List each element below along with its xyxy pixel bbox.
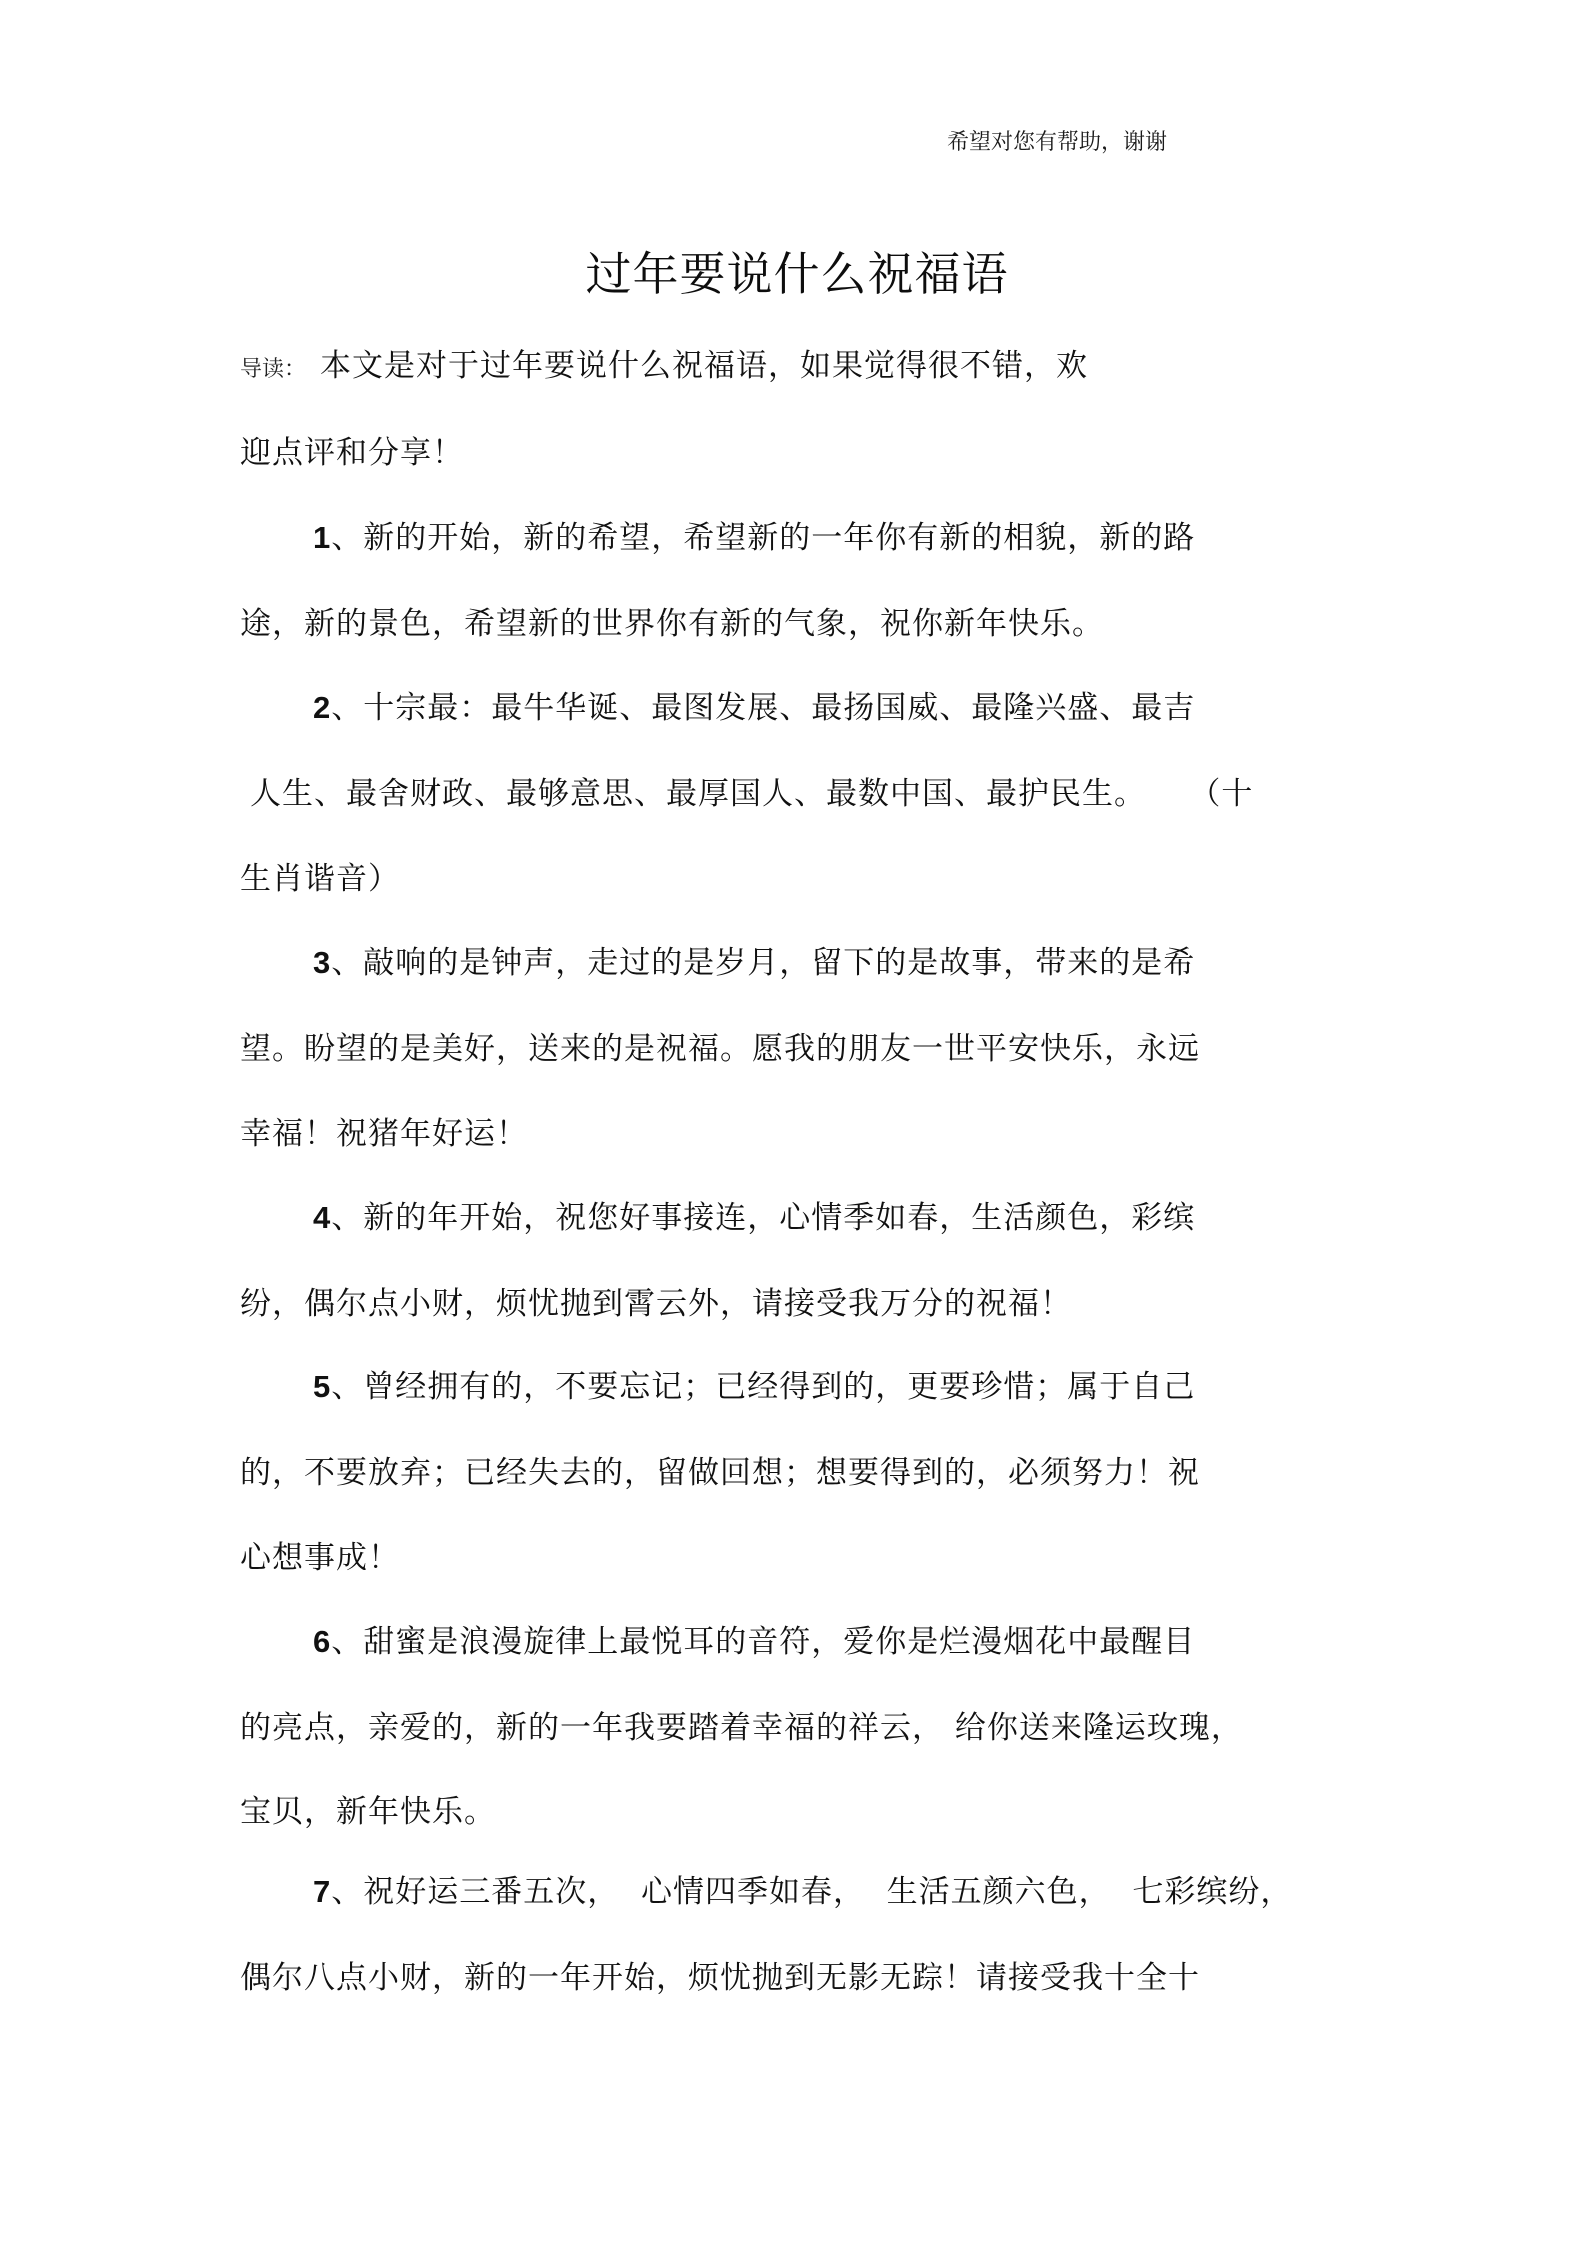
item-7-line-1: 7、祝好运三番五次， 心情四季如春， 生活五颜六色， 七彩缤纷， xyxy=(313,1870,1292,1914)
item-text: 、新的年开始，祝您好事接连，心情季如春，生活颜色，彩缤 xyxy=(331,1200,1195,1236)
item-text: 、甜蜜是浪漫旋律上最悦耳的音符，爱你是烂漫烟花中最醒目 xyxy=(331,1624,1195,1660)
intro-line-1: 导读：本文是对于过年要说什么祝福语，如果觉得很不错，欢 xyxy=(240,344,1088,392)
item-1-line-1: 1、新的开始，新的希望，希望新的一年你有新的相貌，新的路 xyxy=(313,516,1195,560)
item-number: 5 xyxy=(313,1369,331,1404)
item-number: 4 xyxy=(313,1200,331,1235)
item-4-line-2: 纷，偶尔点小财，烦忧抛到霄云外，请接受我万分的祝福！ xyxy=(240,1282,1072,1326)
item-number: 1 xyxy=(313,520,331,555)
item-2-line-2: 人生、最舍财政、最够意思、最厚国人、最数中国、最护民生。 （十 xyxy=(250,772,1253,816)
item-7-line-2: 偶尔八点小财，新的一年开始，烦忧抛到无影无踪！请接受我十全十 xyxy=(240,1956,1200,2000)
item-6-line-3: 宝贝，新年快乐。 xyxy=(240,1790,496,1834)
item-text: 、新的开始，新的希望，希望新的一年你有新的相貌，新的路 xyxy=(331,520,1195,556)
item-2-line-1: 2、十宗最：最牛华诞、最图发展、最扬国威、最隆兴盛、最吉 xyxy=(313,686,1195,730)
item-number: 6 xyxy=(313,1624,331,1659)
item-2-line-3: 生肖谐音） xyxy=(240,857,400,901)
item-3-line-1: 3、敲响的是钟声，走过的是岁月，留下的是故事，带来的是希 xyxy=(313,941,1195,985)
item-4-line-1: 4、新的年开始，祝您好事接连，心情季如春，生活颜色，彩缤 xyxy=(313,1196,1195,1240)
item-text: 、曾经拥有的，不要忘记；已经得到的，更要珍惜；属于自己 xyxy=(331,1369,1195,1405)
item-1-line-2: 途，新的景色，希望新的世界你有新的气象，祝你新年快乐。 xyxy=(240,602,1104,646)
item-5-line-3: 心想事成！ xyxy=(240,1536,400,1580)
intro-label: 导读： xyxy=(240,357,306,382)
intro-text: 本文是对于过年要说什么祝福语，如果觉得很不错，欢 xyxy=(320,348,1088,384)
item-3-line-2: 望。盼望的是美好，送来的是祝福。愿我的朋友一世平安快乐，永远 xyxy=(240,1027,1200,1071)
item-number: 3 xyxy=(313,945,331,980)
item-text: 、十宗最：最牛华诞、最图发展、最扬国威、最隆兴盛、最吉 xyxy=(331,690,1195,726)
item-6-line-2: 的亮点，亲爱的，新的一年我要踏着幸福的祥云， 给你送来隆运玫瑰， xyxy=(240,1706,1243,1750)
item-5-line-1: 5、曾经拥有的，不要忘记；已经得到的，更要珍惜；属于自己 xyxy=(313,1365,1195,1409)
item-6-line-1: 6、甜蜜是浪漫旋律上最悦耳的音符，爱你是烂漫烟花中最醒目 xyxy=(313,1620,1195,1664)
page-title: 过年要说什么祝福语 xyxy=(0,244,1594,304)
item-3-line-3: 幸福！祝猪年好运！ xyxy=(240,1112,528,1156)
document-page: 希望对您有帮助，谢谢 过年要说什么祝福语 导读：本文是对于过年要说什么祝福语，如… xyxy=(0,0,1594,2255)
header-note: 希望对您有帮助，谢谢 xyxy=(947,128,1167,158)
item-number: 2 xyxy=(313,690,331,725)
item-number: 7 xyxy=(313,1874,331,1909)
item-text: 、敲响的是钟声，走过的是岁月，留下的是故事，带来的是希 xyxy=(331,945,1195,981)
item-text: 、祝好运三番五次， 心情四季如春， 生活五颜六色， 七彩缤纷， xyxy=(331,1874,1292,1910)
intro-line-2: 迎点评和分享！ xyxy=(240,431,464,475)
item-5-line-2: 的，不要放弃；已经失去的，留做回想；想要得到的，必须努力！祝 xyxy=(240,1451,1200,1495)
